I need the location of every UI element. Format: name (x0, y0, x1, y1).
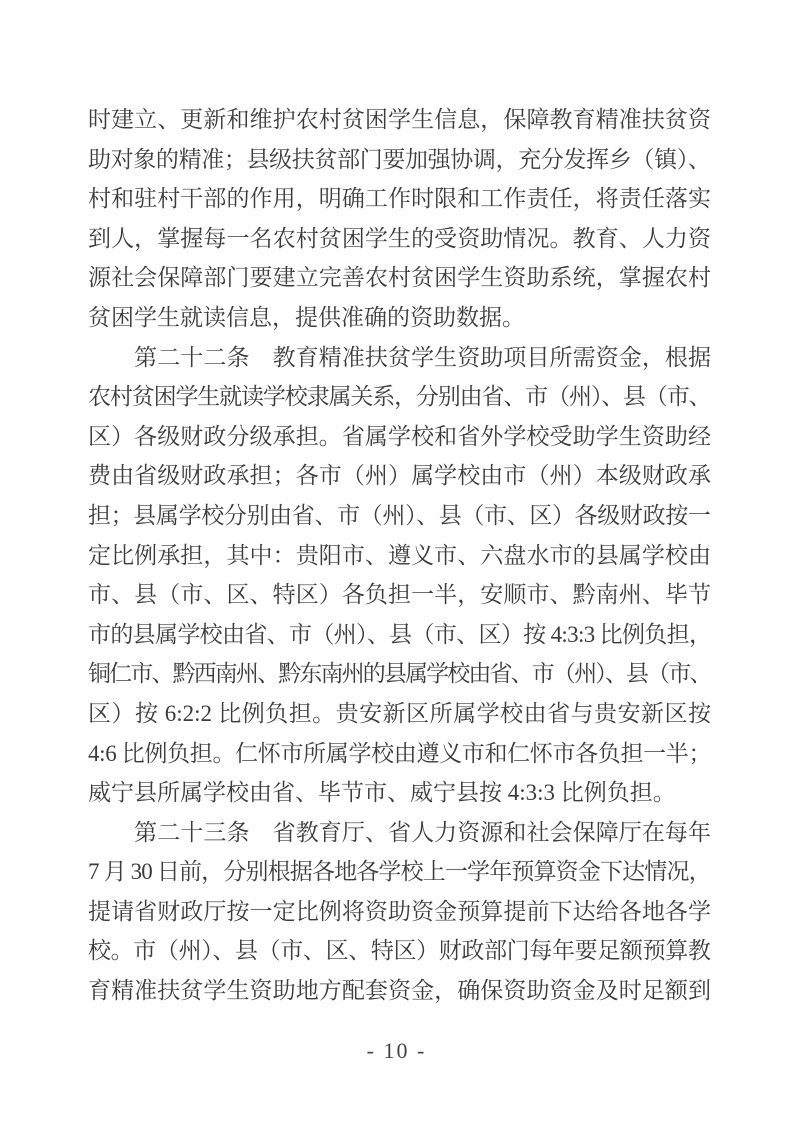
text-line: 育精准扶贫学生资助地方配套资金，确保资助资金及时足额到 (88, 971, 711, 1011)
text-line: 7 月 30 日前，分别根据各地各学校上一学年预算资金下达情况， (88, 852, 711, 892)
text-line: 4:6 比例负担。仁怀市所属学校由遵义市和仁怀市各负担一半； (88, 734, 711, 774)
scanned-page: 时建立、更新和维护农村贫困学生信息，保障教育精准扶贫资助对象的精准；县级扶贫部门… (0, 0, 793, 1122)
text-line: 源社会保障部门要建立完善农村贫困学生资助系统，掌握农村 (88, 258, 711, 298)
text-line: 村和驻村干部的作用，明确工作时限和工作责任，将责任落实 (88, 179, 711, 219)
text-line: 校。市（州）、县（市、区、特区）财政部门每年要足额预算教 (88, 931, 711, 971)
text-line: 第二十二条 教育精准扶贫学生资助项目所需资金，根据 (88, 338, 711, 378)
page-number-footer: - 10 - (0, 1036, 793, 1066)
text-line: 费由省级财政承担；各市（州）属学校由市（州）本级财政承 (88, 456, 711, 496)
text-line: 提请省财政厅按一定比例将资助资金预算提前下达给各地各学 (88, 892, 711, 932)
document-text: 时建立、更新和维护农村贫困学生信息，保障教育精准扶贫资助对象的精准；县级扶贫部门… (88, 100, 711, 1011)
text-line: 担；县属学校分别由省、市（州）、县（市、区）各级财政按一 (88, 496, 711, 536)
text-line: 助对象的精准；县级扶贫部门要加强协调，充分发挥乡（镇）、 (88, 140, 711, 180)
text-line: 区）各级财政分级承担。省属学校和省外学校受助学生资助经 (88, 417, 711, 457)
text-line: 农村贫困学生就读学校隶属关系，分别由省、市（州）、县（市、 (88, 377, 711, 417)
text-line: 市、县（市、区、特区）各负担一半，安顺市、黔南州、毕节 (88, 575, 711, 615)
text-line: 第二十三条 省教育厅、省人力资源和社会保障厅在每年 (88, 813, 711, 853)
text-line: 时建立、更新和维护农村贫困学生信息，保障教育精准扶贫资 (88, 100, 711, 140)
text-line: 到人，掌握每一名农村贫困学生的受资助情况。教育、人力资 (88, 219, 711, 259)
text-line: 铜仁市、黔西南州、黔东南州的县属学校由省、市（州）、县（市、 (88, 654, 711, 694)
text-line: 定比例承担，其中：贵阳市、遵义市、六盘水市的县属学校由 (88, 536, 711, 576)
text-line: 市的县属学校由省、市（州）、县（市、区）按 4:3:3 比例负担， (88, 615, 711, 655)
text-line: 贫困学生就读信息，提供准确的资助数据。 (88, 298, 711, 338)
text-line: 威宁县所属学校由省、毕节市、威宁县按 4:3:3 比例负担。 (88, 773, 711, 813)
text-line: 区）按 6:2:2 比例负担。贵安新区所属学校由省与贵安新区按 (88, 694, 711, 734)
